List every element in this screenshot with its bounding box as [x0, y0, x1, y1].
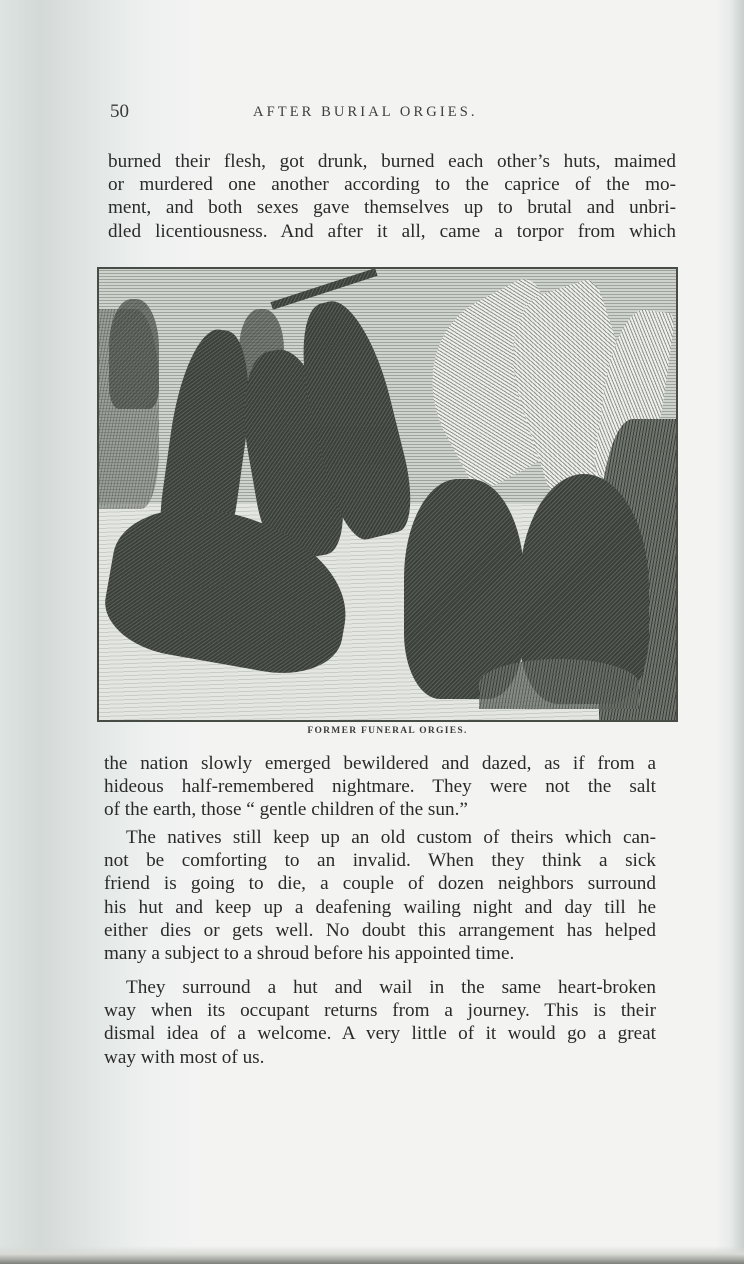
- page-number: 50: [110, 101, 129, 123]
- running-header: 50 AFTER BURIAL ORGIES.: [108, 101, 678, 125]
- text-line: way with most of us.: [104, 1046, 656, 1069]
- figure-caption: FORMER FUNERAL ORGIES.: [97, 726, 678, 736]
- text-line: dled licentiousness. And after it all, c…: [108, 220, 676, 243]
- book-page: 50 AFTER BURIAL ORGIES. burned their fle…: [0, 0, 744, 1264]
- text-line: The natives still keep up an old custom …: [104, 826, 656, 849]
- text-line: dismal idea of a welcome. A very little …: [104, 1022, 656, 1045]
- text-line: many a subject to a shroud before his ap…: [104, 942, 656, 965]
- text-line: not be comforting to an invalid. When th…: [104, 849, 656, 872]
- figure-silhouette: [109, 299, 159, 409]
- text-line: friend is going to die, a couple of doze…: [104, 872, 656, 895]
- text-line: either dies or gets well. No doubt this …: [104, 919, 656, 942]
- text-line: burned their flesh, got drunk, burned ea…: [108, 150, 676, 173]
- paragraph-continued-after-figure: the nation slowly emerged bewildered and…: [104, 752, 656, 822]
- illustration-funeral-orgies: [97, 267, 678, 722]
- running-title: AFTER BURIAL ORGIES.: [253, 104, 478, 121]
- text-line: or murdered one another according to the…: [108, 173, 676, 196]
- text-line: ment, and both sexes gave themselves up …: [108, 196, 676, 219]
- text-line: They surround a hut and wail in the same…: [104, 976, 656, 999]
- text-line: hideous half-remembered nightmare. They …: [104, 775, 656, 798]
- paragraph-welcome: They surround a hut and wail in the same…: [104, 976, 656, 1069]
- paragraph-wailing-custom: The natives still keep up an old custom …: [104, 826, 656, 965]
- text-line: the nation slowly emerged bewildered and…: [104, 752, 656, 775]
- paragraph-continued: burned their flesh, got drunk, burned ea…: [108, 150, 676, 243]
- text-line: of the earth, those “ gentle children of…: [104, 798, 656, 821]
- text-line: way when its occupant returns from a jou…: [104, 999, 656, 1022]
- text-line: his hut and keep up a deafening wailing …: [104, 896, 656, 919]
- grass-tuft: [479, 659, 639, 709]
